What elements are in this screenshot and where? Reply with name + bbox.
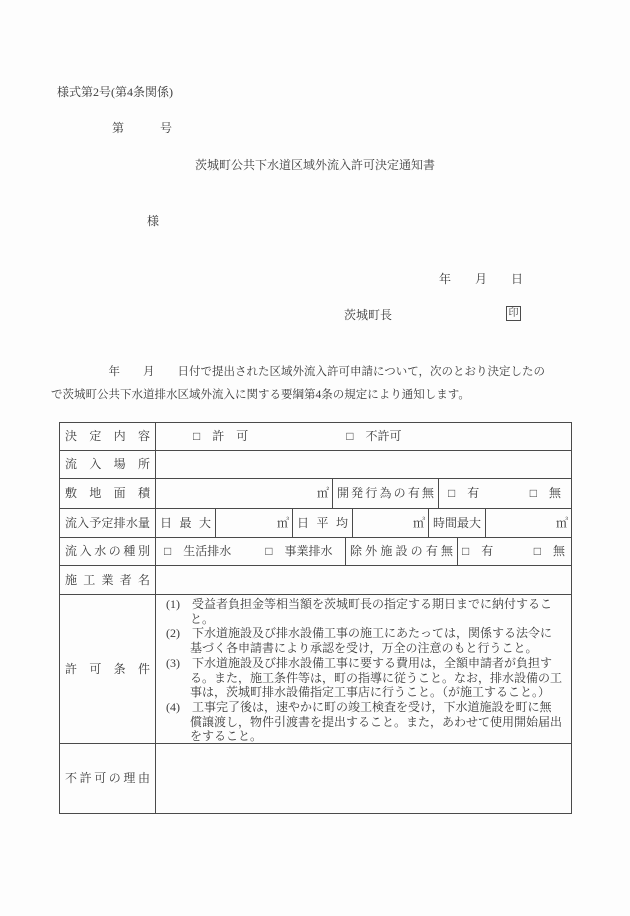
body-paragraph-line1: 年 月 日付で提出された区域外流入許可申請について，次のとおり決定したの [51, 361, 576, 384]
permit-conditions-label-cell: 許可条件 [60, 595, 156, 743]
form-number: 様式第2号(第4条関係) [57, 85, 173, 100]
hourly-max-label: 時間最大 [429, 516, 485, 531]
document-number-line: 第 号 [112, 121, 172, 136]
hourly-max-label-cell: 時間最大 [429, 509, 486, 537]
daily-avg-label-cell: 日平均 [293, 509, 353, 537]
body-paragraph: 年 月 日付で提出された区域外流入許可申請について，次のとおり決定したの で茨城… [51, 361, 576, 407]
site-area-label-cell: 敷地面積 [60, 479, 156, 508]
permit-conditions-label: 許可条件 [60, 662, 155, 677]
row-drainage-volume: 流入予定排水量 日最大 ㎥ 日平均 ㎥ 時間最大 ㎥ [60, 509, 571, 538]
daily-max-label-cell: 日最大 [156, 509, 216, 537]
document-page: 様式第2号(第4条関係) 第 号 茨城町公共下水道区域外流入許可決定通知書 様 … [0, 0, 630, 916]
row-water-type: 流入水の種別 □ 生活排水 □ 事業排水 除外施設の有無 □ 有 □ 無 [60, 538, 571, 566]
addressee-suffix: 様 [147, 214, 159, 229]
exclusion-facility-options-cell: □ 有 □ 無 [458, 538, 571, 565]
row-denial-reason: 不許可の理由 [60, 744, 571, 813]
daily-max-label: 日最大 [156, 516, 215, 531]
inflow-place-label-cell: 流入場所 [60, 451, 156, 478]
water-type-options-cell: □ 生活排水 □ 事業排水 [156, 538, 346, 565]
business-wastewater-checkbox-option: □ 事業排水 [265, 544, 332, 559]
inflow-place-label: 流入場所 [60, 457, 155, 472]
exclusion-facility-label: 除外施設の有無 [346, 544, 457, 559]
water-type-label-cell: 流入水の種別 [60, 538, 156, 565]
site-area-value-cell: ㎡ [156, 479, 333, 508]
condition-item: (1) 受益者負担金等相当額を茨城町長の指定する期日までに納付すること。 [166, 597, 563, 626]
issue-date-line: 年 月 日 [439, 272, 523, 287]
development-act-label: 開発行為の有無 [333, 486, 438, 501]
decision-label-cell: 決定内容 [60, 423, 156, 450]
row-contractor: 施工業者名 [60, 566, 571, 595]
exclusion-no-checkbox-option: □ 無 [534, 544, 565, 559]
drainage-label: 流入予定排水量 [60, 516, 155, 531]
denial-reason-value-cell [156, 744, 571, 813]
development-yes-checkbox-option: □ 有 [448, 486, 479, 501]
site-area-unit: ㎡ [317, 486, 329, 501]
row-decision: 決定内容 □ 許 可 □ 不許可 [60, 423, 571, 451]
issuer-name: 茨城町長 [344, 308, 392, 323]
exclusion-facility-label-cell: 除外施設の有無 [346, 538, 458, 565]
contractor-value-cell [156, 566, 571, 594]
development-act-options-cell: □ 有 □ 無 [439, 479, 571, 508]
decision-label: 決定内容 [60, 429, 155, 444]
condition-item: (4) 工事完了後は，速やかに町の竣工検査を受け，下水道施設を町に無償譲渡し，物… [166, 700, 563, 743]
hourly-max-unit: ㎥ [556, 516, 568, 531]
daily-max-unit: ㎥ [277, 516, 289, 531]
site-area-label: 敷地面積 [60, 486, 155, 501]
domestic-wastewater-checkbox-option: □ 生活排水 [164, 544, 231, 559]
row-site-area: 敷地面積 ㎡ 開発行為の有無 □ 有 □ 無 [60, 479, 571, 509]
decision-options-cell: □ 許 可 □ 不許可 [156, 423, 571, 450]
inflow-place-value-cell [156, 451, 571, 478]
daily-max-value-cell: ㎥ [216, 509, 293, 537]
deny-checkbox-option: □ 不許可 [346, 429, 401, 444]
seal-character: 印 [509, 309, 519, 319]
seal-mark: 印 [506, 306, 521, 321]
daily-avg-label: 日平均 [293, 516, 352, 531]
water-type-label: 流入水の種別 [60, 544, 155, 559]
permit-conditions-list: (1) 受益者負担金等相当額を茨城町長の指定する期日までに納付すること。(2) … [156, 595, 571, 743]
development-act-label-cell: 開発行為の有無 [333, 479, 439, 508]
permit-checkbox-option: □ 許 可 [193, 429, 248, 444]
hourly-max-value-cell: ㎥ [486, 509, 571, 537]
denial-reason-label: 不許可の理由 [60, 771, 155, 786]
condition-item: (3) 下水道施設及び排水設備工事に要する費用は，全額申請者が負担する。また，施… [166, 656, 563, 700]
body-paragraph-line2: で茨城町公共下水道排水区域外流入に関する要綱第4条の規定により通知します。 [51, 384, 576, 407]
exclusion-yes-checkbox-option: □ 有 [462, 544, 493, 559]
row-inflow-place: 流入場所 [60, 451, 571, 479]
denial-reason-label-cell: 不許可の理由 [60, 744, 156, 813]
decision-table: 決定内容 □ 許 可 □ 不許可 流入場所 敷地面積 ㎡ 開発行為の有無 [59, 422, 572, 814]
contractor-label: 施工業者名 [60, 573, 155, 588]
document-title: 茨城町公共下水道区域外流入許可決定通知書 [0, 158, 630, 173]
drainage-label-cell: 流入予定排水量 [60, 509, 156, 537]
condition-item: (2) 下水道施設及び排水設備工事の施工にあたっては，関係する法令に基づく各申請… [166, 626, 563, 655]
daily-avg-unit: ㎥ [413, 516, 425, 531]
row-permit-conditions: 許可条件 (1) 受益者負担金等相当額を茨城町長の指定する期日までに納付すること… [60, 595, 571, 744]
contractor-label-cell: 施工業者名 [60, 566, 156, 594]
daily-avg-value-cell: ㎥ [353, 509, 429, 537]
development-no-checkbox-option: □ 無 [530, 486, 561, 501]
